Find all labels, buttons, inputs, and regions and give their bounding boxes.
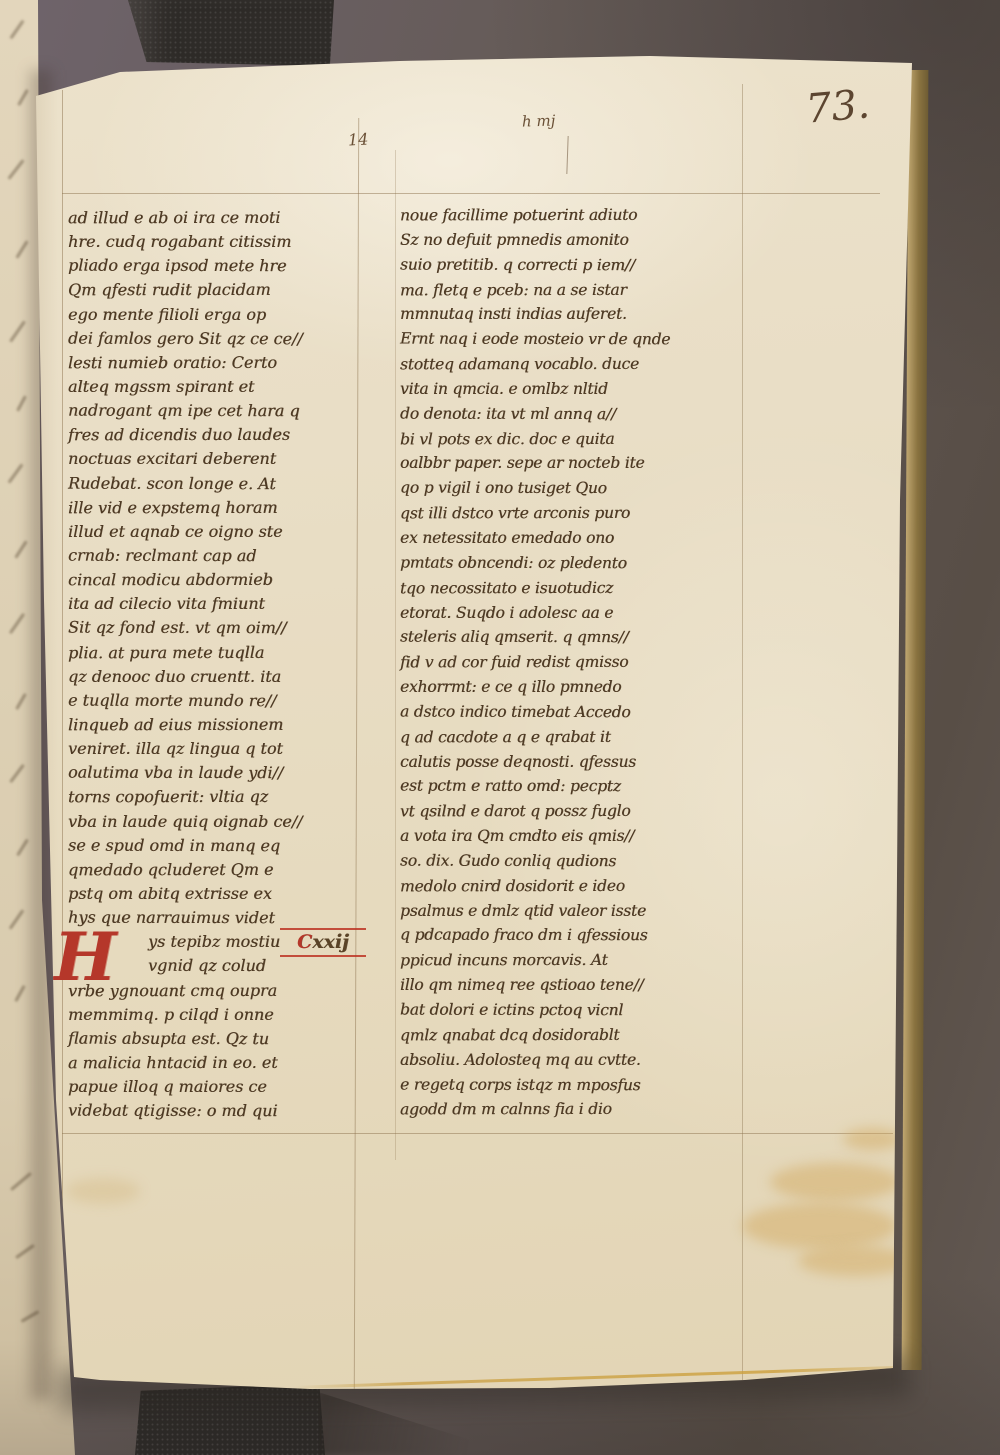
text-line: qst illi dstco vrte arconis puro bbox=[400, 504, 740, 530]
left-column-upper-lines: ad illud e ab oi ira ce motihre. cudq ro… bbox=[68, 208, 353, 932]
quire-signature-left: 14 bbox=[348, 129, 369, 149]
text-line: medolo cnird dosidorit e ideo bbox=[400, 876, 740, 902]
text-line: ad illud e ab oi ira ce moti bbox=[68, 208, 353, 233]
text-line: do denota: ita vt ml annq a// bbox=[400, 404, 740, 430]
text-line: ex netessitato emedado ono bbox=[400, 529, 740, 554]
text-line: absoliu. Adolosteq mq au cvtte. bbox=[400, 1051, 740, 1076]
text-line: vt qsilnd e darot q possz fuglo bbox=[400, 802, 740, 828]
chapter-numeral-digits: xxij bbox=[312, 931, 349, 953]
text-line: fres ad dicendis duo laudes bbox=[68, 425, 353, 450]
text-line: noue facillime potuerint adiuto bbox=[400, 206, 740, 232]
text-line: veniret. illa qz lingua q tot bbox=[68, 739, 353, 763]
text-line: lesti numieb oratio: Certo bbox=[68, 353, 353, 378]
text-line: alteq mgssm spirant et bbox=[68, 377, 353, 401]
text-line: illud et aqnab ce oigno ste bbox=[68, 522, 353, 546]
bleedthrough-mark bbox=[15, 240, 28, 259]
signature-descender-stroke bbox=[566, 136, 568, 174]
ruling-line-vertical-intercolumn bbox=[354, 118, 359, 1390]
text-line: oalbbr paper. sepe ar nocteb ite bbox=[400, 454, 740, 479]
bleedthrough-mark bbox=[9, 320, 26, 342]
bleedthrough-mark bbox=[9, 909, 25, 930]
manuscript-photo: 73. 14 h mj 9 ad illud e ab oi ira ce mo… bbox=[0, 0, 1000, 1455]
text-line: memmimq. p cilqd i onne bbox=[68, 1005, 353, 1029]
text-line: qz denooc duo cruentt. ita bbox=[68, 667, 353, 691]
text-line: qo p vigil i ono tusiget Quo bbox=[400, 479, 740, 505]
text-line: bi vl pots ex dic. doc e quita bbox=[400, 429, 740, 455]
text-line: Qm qfesti rudit placidam bbox=[68, 280, 353, 305]
text-line: dei famlos gero Sit qz ce ce// bbox=[68, 328, 353, 353]
text-line: ille vid e expstemq horam bbox=[68, 497, 353, 522]
folio-number: 73. bbox=[804, 81, 871, 132]
text-column-left: ad illud e ab oi ira ce motihre. cudq ro… bbox=[68, 208, 353, 1125]
parchment-stain bbox=[770, 1163, 900, 1201]
text-line: ppicud incuns morcavis. At bbox=[400, 951, 740, 977]
text-line-initial-2: vgnid qz colud bbox=[148, 956, 353, 981]
bleedthrough-mark bbox=[16, 395, 27, 411]
ruling-line-vertical-right bbox=[742, 84, 743, 1382]
text-line: a dstco indico timebat Accedo bbox=[400, 702, 740, 728]
text-line: mmnutaq insti indias auferet. bbox=[400, 305, 740, 330]
bleedthrough-mark bbox=[17, 89, 29, 106]
text-line: est pctm e ratto omd: pecptz bbox=[400, 777, 740, 803]
text-line: oalutima vba in laude ydi// bbox=[68, 763, 353, 788]
quire-signature-right: h mj bbox=[522, 111, 556, 130]
bleedthrough-mark bbox=[9, 20, 24, 40]
ruling-line-horizontal-bottom bbox=[62, 1133, 893, 1134]
text-line: a vota ira Qm cmdto eis qmis// bbox=[400, 827, 740, 852]
parchment-folio: 73. 14 h mj 9 ad illud e ab oi ira ce mo… bbox=[0, 0, 1000, 1455]
bleedthrough-mark bbox=[10, 1172, 32, 1191]
text-line: Sz no defuit pmnedis amonito bbox=[400, 231, 740, 256]
bleedthrough-mark bbox=[9, 613, 25, 634]
text-line: vrbe ygnouant cmq oupra bbox=[68, 980, 353, 1005]
bleedthrough-mark bbox=[9, 764, 25, 783]
text-line: plia. at pura mete tuqlla bbox=[68, 642, 353, 667]
text-line: pstq om abitq extrisse ex bbox=[68, 884, 353, 908]
right-column-lines: noue facillime potuerint adiutoSz no def… bbox=[400, 206, 740, 1125]
text-line: tqo necossitato e isuotudicz bbox=[400, 578, 740, 604]
left-column-lower-lines: vrbe ygnouant cmq oupramemmimq. p cilqd … bbox=[68, 981, 353, 1126]
text-line: videbat qtigisse: o md qui bbox=[68, 1101, 353, 1126]
text-line: ma. fletq e pceb: na a se istar bbox=[400, 280, 740, 306]
text-line: pmtats obncendi: oz pledento bbox=[400, 553, 740, 579]
text-line: illo qm nimeq ree qstioao tene// bbox=[400, 976, 740, 1001]
bleedthrough-mark bbox=[7, 159, 24, 180]
text-line: steleris aliq qmserit. q qmns// bbox=[400, 628, 740, 654]
text-line: qmlz qnabat dcq dosidorablt bbox=[400, 1025, 740, 1051]
text-line: e regetq corps istqz m mposfus bbox=[400, 1075, 740, 1101]
text-line: e tuqlla morte mundo re// bbox=[68, 690, 353, 715]
bleedthrough-mark bbox=[16, 839, 29, 857]
text-line: q ad cacdote a q e qrabat it bbox=[400, 727, 740, 753]
parchment-stain bbox=[742, 1203, 897, 1249]
text-line: vba in laude quiq oignab ce// bbox=[68, 812, 353, 836]
text-line: torns copofuerit: vltia qz bbox=[68, 787, 353, 812]
text-line: so. dix. Gudo conliq qudions bbox=[400, 851, 740, 877]
parchment-stain bbox=[843, 1128, 901, 1150]
text-line: ego mente filioli erga op bbox=[68, 305, 353, 329]
text-line: pliado erga ipsod mete hre bbox=[68, 256, 353, 281]
text-line: hre. cudq rogabant citissim bbox=[68, 232, 353, 256]
chapter-numeral-red-c: C bbox=[297, 931, 312, 953]
text-line: calutis posse deqnosti. qfessus bbox=[400, 753, 740, 778]
bleedthrough-mark bbox=[15, 693, 27, 710]
text-line: vita in qmcia. e omlbz nltid bbox=[400, 380, 740, 405]
text-line: stotteq adamanq vocablo. duce bbox=[400, 355, 740, 381]
text-line: agodd dm m calnns fia i dio bbox=[400, 1100, 740, 1126]
text-line: a malicia hntacid in eo. et bbox=[68, 1053, 353, 1078]
text-line: Sit qz fond est. vt qm oim// bbox=[68, 618, 353, 643]
bleedthrough-mark bbox=[8, 463, 24, 483]
text-line: cincal modicu abdormieb bbox=[68, 570, 353, 595]
text-line: flamis absupta est. Qz tu bbox=[68, 1028, 353, 1053]
text-line: psalmus e dmlz qtid valeor isste bbox=[400, 902, 740, 927]
text-line: qmedado qcluderet Qm e bbox=[68, 859, 353, 884]
text-line: bat dolori e ictins pctoq vicnl bbox=[400, 1001, 740, 1027]
text-line: crnab: reclmant cap ad bbox=[68, 546, 353, 571]
text-line: exhorrmt: e ce q illo pmnedo bbox=[400, 678, 740, 703]
parchment-stain bbox=[798, 1246, 910, 1276]
text-line: q pdcapado fraco dm i qfessious bbox=[400, 926, 740, 952]
bleedthrough-mark bbox=[14, 985, 25, 1002]
text-line: ita ad cilecio vita fmiunt bbox=[68, 594, 353, 618]
foam-book-support-top bbox=[128, 0, 334, 66]
text-line: papue illoq q maiores ce bbox=[68, 1077, 353, 1101]
text-line: suio pretitib. q correcti p iem// bbox=[400, 255, 740, 281]
red-chapter-numeral: Cxxij bbox=[280, 928, 366, 957]
text-line: linqueb ad eius missionem bbox=[68, 715, 353, 740]
text-line: nadrogant qm ipe cet hara q bbox=[68, 401, 353, 426]
text-line: fid v ad cor fuid redist qmisso bbox=[400, 653, 740, 679]
text-line: noctuas excitari deberent bbox=[68, 449, 353, 473]
text-line: etorat. Suqdo i adolesc aa e bbox=[400, 604, 740, 629]
rubricated-initial-block: H ys tepibz mostiu vgnid qz colud Cxxij bbox=[68, 932, 353, 980]
text-line: Ernt naq i eode mosteio vr de qnde bbox=[400, 330, 740, 356]
parchment-stain bbox=[66, 1178, 140, 1204]
bleedthrough-mark bbox=[14, 540, 27, 558]
ruling-line-vertical-column2 bbox=[395, 150, 396, 1160]
ruling-line-horizontal-top bbox=[62, 193, 880, 194]
text-column-right: noue facillime potuerint adiutoSz no def… bbox=[400, 206, 740, 1125]
text-line: Rudebat. scon longe e. At bbox=[68, 473, 353, 498]
text-line: se e spud omd in manq eq bbox=[68, 835, 353, 860]
